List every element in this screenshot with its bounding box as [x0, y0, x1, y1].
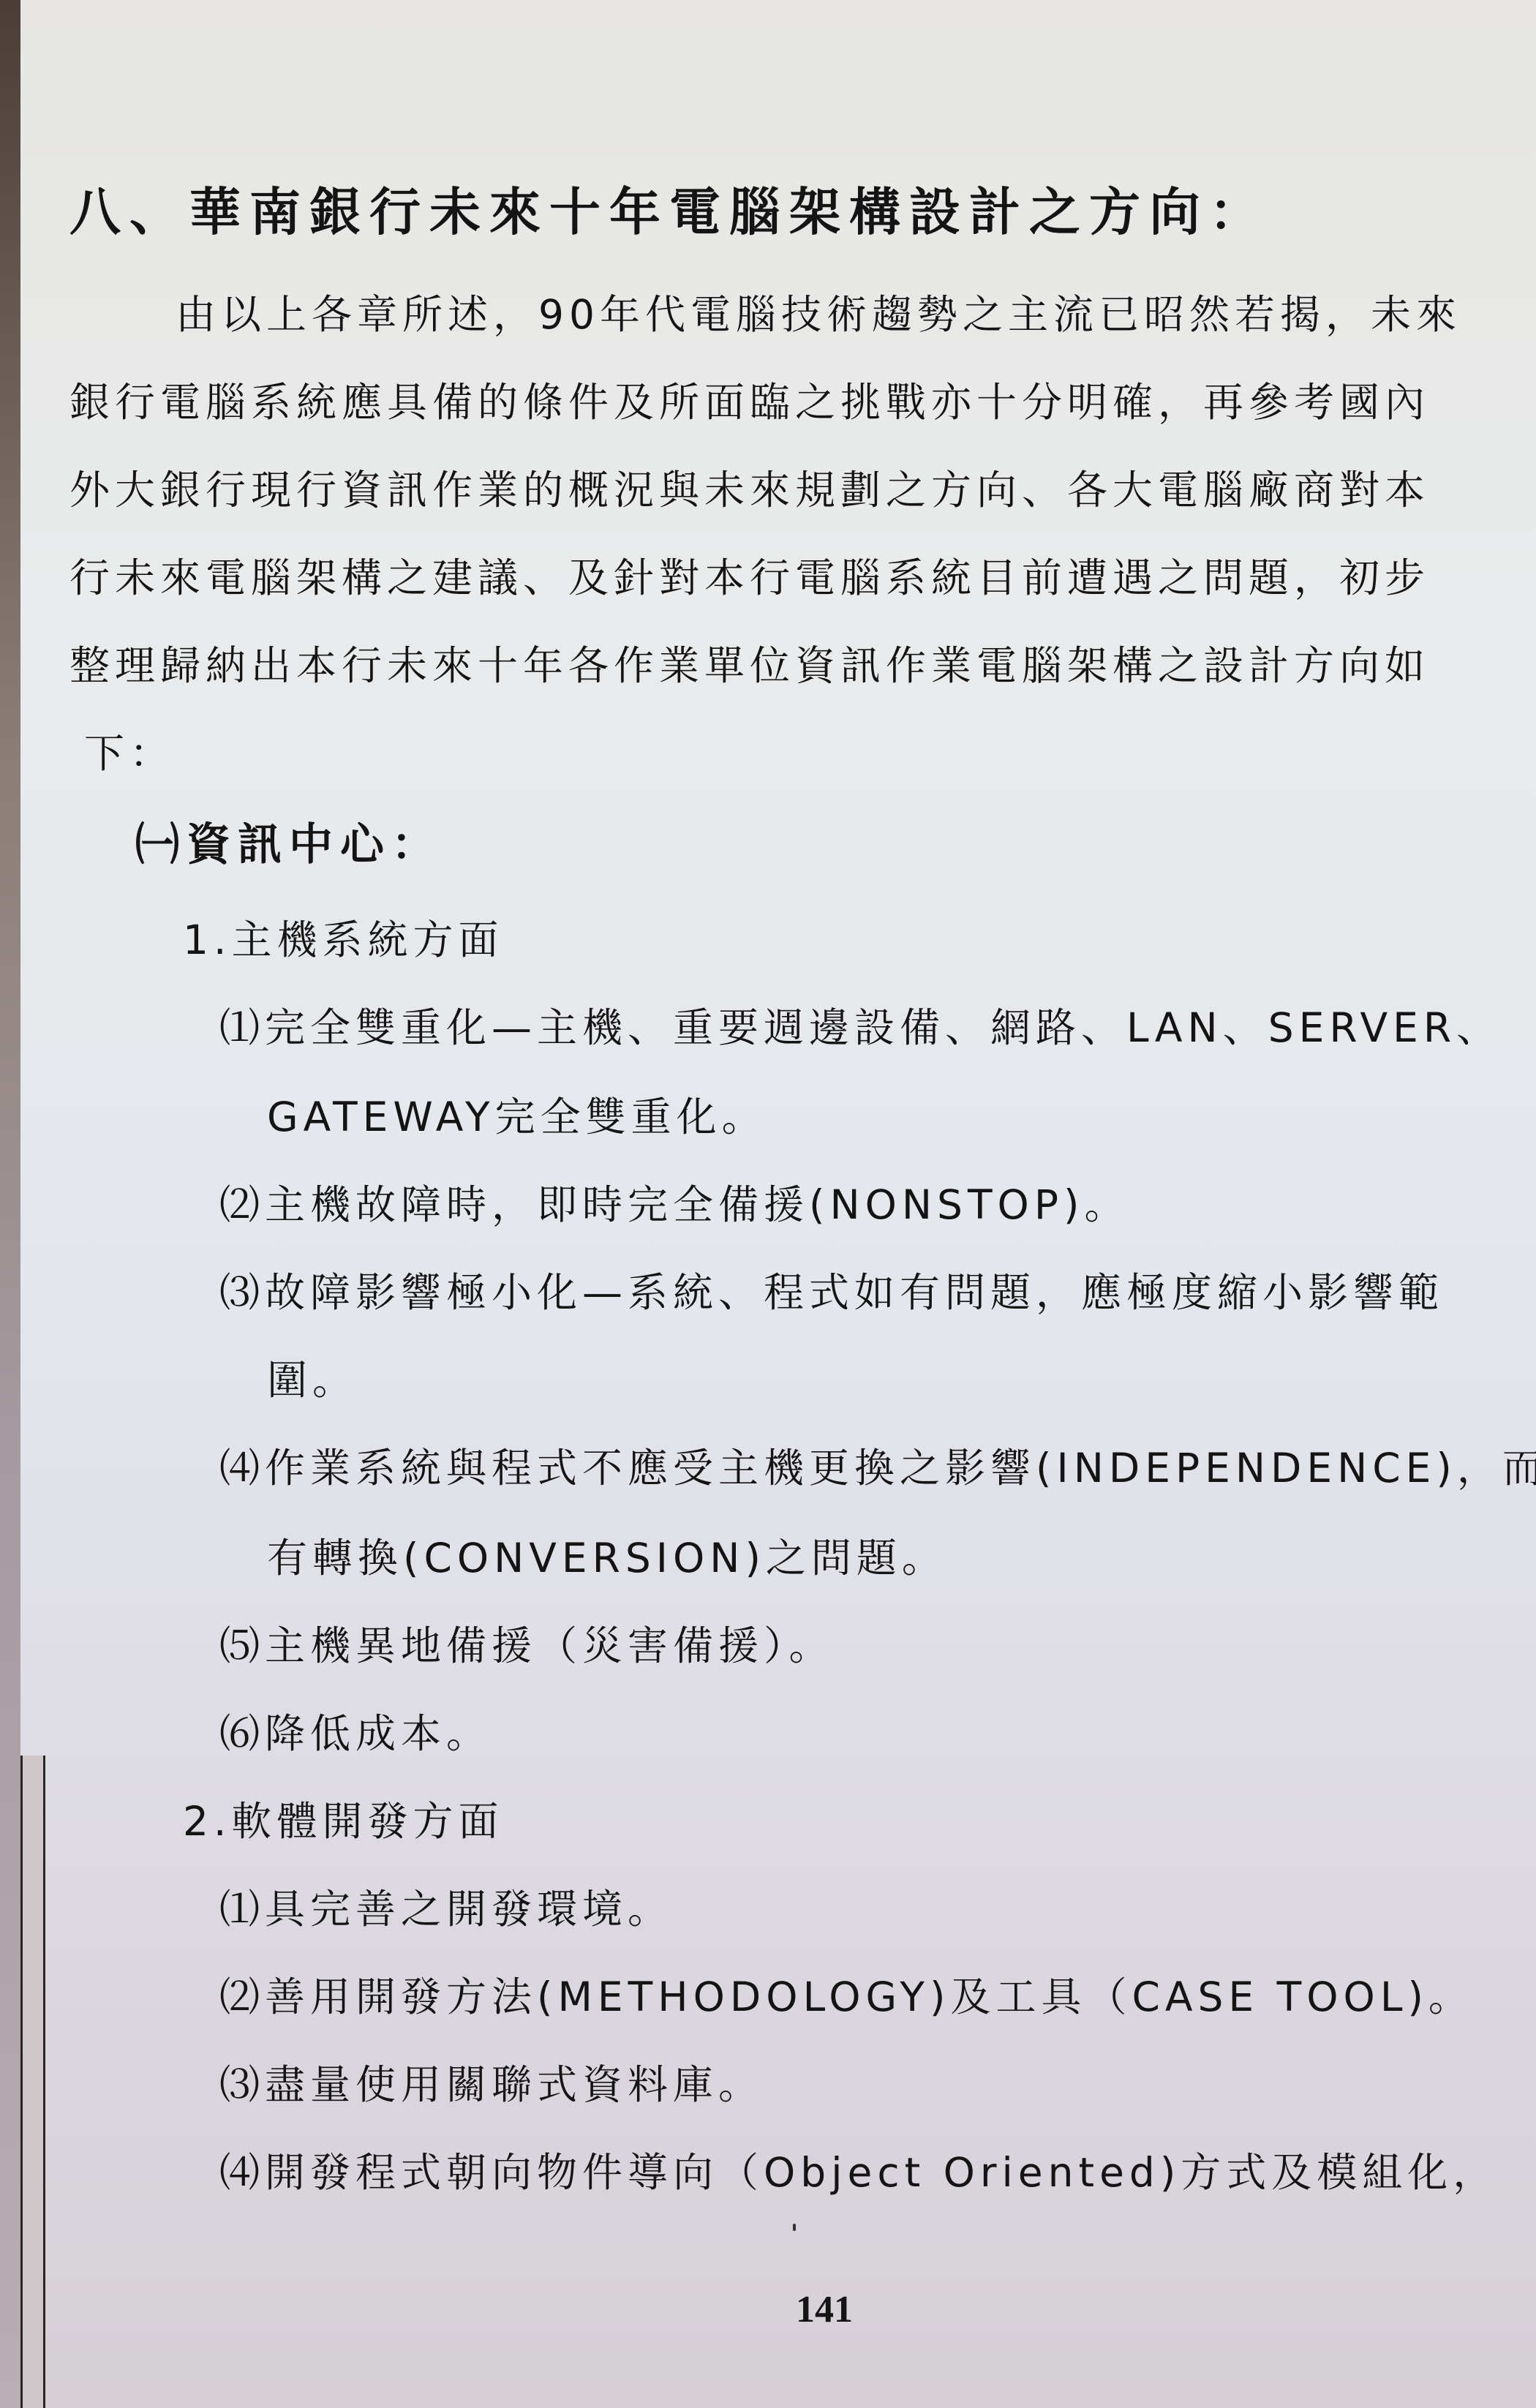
- list-item-label: ⑴: [219, 1886, 265, 1933]
- list-item-text: 作業系統與程式不應受主機更換之影響(INDEPENDENCE)，而: [265, 1445, 1536, 1491]
- list-item-label: ⑹: [219, 1710, 265, 1757]
- list-item-continuation: 有轉換(CONVERSION)之問題。: [267, 1532, 947, 1584]
- page-number: 141: [796, 2288, 853, 2331]
- intro-line: 由以上各章所述，90年代電腦技術趨勢之主流已昭然若揭，未來: [176, 289, 1461, 340]
- list-item: ⑶盡量使用關聯式資料庫。: [219, 2059, 764, 2110]
- list-item: ⑵善用開發方法(METHODOLOGY)及工具（CASE TOOL)。: [219, 1971, 1474, 2023]
- list-item: ⑴完全雙重化—主機、重要週邊設備、網路、LAN、SERVER、: [219, 1002, 1502, 1053]
- page-edge-stack: [20, 1756, 45, 2408]
- intro-line: 外大銀行現行資訊作業的概況與未來規劃之方向、各大電腦廠商對本: [69, 464, 1430, 516]
- list-item-continuation: 圍。: [267, 1355, 358, 1406]
- list-item: ⑷開發程式朝向物件導向（Object Oriented)方式及模組化，: [219, 2147, 1498, 2198]
- list-item-text: 主機故障時，即時完全備援(NONSTOP)。: [265, 1181, 1129, 1228]
- list-item-text: 降低成本。: [265, 1710, 492, 1757]
- list-item: ⑷作業系統與程式不應受主機更換之影響(INDEPENDENCE)，而: [219, 1442, 1536, 1494]
- list-item-label: ⑶: [219, 1269, 265, 1316]
- subsection-heading: 1.主機系統方面: [183, 914, 503, 966]
- list-item-text: 盡量使用關聯式資料庫。: [265, 2061, 764, 2108]
- background-surface: [0, 0, 20, 2408]
- list-item-label: ⑵: [219, 1181, 265, 1228]
- list-item-label: ⑷: [219, 2149, 265, 2196]
- list-item: ⑸主機異地備援（災害備援）。: [219, 1620, 835, 1671]
- intro-line: 銀行電腦系統應具備的條件及所面臨之挑戰亦十分明確，再參考國內: [69, 377, 1430, 428]
- ink-speck: [793, 2224, 796, 2231]
- list-item-label: ⑴: [219, 1004, 265, 1051]
- intro-line: 整理歸納出本行未來十年各作業單位資訊作業電腦架構之設計方向如: [69, 640, 1430, 691]
- list-item-label: ⑶: [219, 2061, 265, 2108]
- list-item-text: 具完善之開發環境。: [265, 1886, 673, 1933]
- list-item-label: ⑸: [219, 1622, 265, 1669]
- list-item-text: 故障影響極小化—系統、程式如有問題，應極度縮小影響範: [265, 1269, 1444, 1316]
- list-item-text: 完全雙重化—主機、重要週邊設備、網路、LAN、SERVER、: [265, 1004, 1502, 1051]
- list-item: ⑵主機故障時，即時完全備援(NONSTOP)。: [219, 1179, 1129, 1230]
- list-item-text: 開發程式朝向物件導向（Object Oriented)方式及模組化，: [265, 2149, 1498, 2196]
- section-heading: ㈠資訊中心：: [135, 819, 443, 870]
- intro-line: 行未來電腦架構之建議、及針對本行電腦系統目前遭遇之問題，初步: [69, 552, 1430, 603]
- list-item-text: 主機異地備援（災害備援）。: [265, 1622, 835, 1669]
- list-item-continuation: GATEWAY完全雙重化。: [267, 1091, 767, 1143]
- list-item: ⑶故障影響極小化—系統、程式如有問題，應極度縮小影響範: [219, 1267, 1444, 1318]
- list-item: ⑹降低成本。: [219, 1708, 492, 1759]
- page-title: 八、華南銀行未來十年電腦架構設計之方向：: [69, 187, 1269, 238]
- list-item-label: ⑷: [219, 1445, 265, 1491]
- list-item-label: ⑵: [219, 1974, 265, 2020]
- list-item: ⑴具完善之開發環境。: [219, 1884, 673, 1935]
- bleed-through-text: [102, 293, 135, 330]
- subsection-heading: 2.軟體開發方面: [183, 1796, 503, 1847]
- list-item-text: 善用開發方法(METHODOLOGY)及工具（CASE TOOL)。: [265, 1974, 1474, 2020]
- intro-line: 下：: [84, 728, 175, 779]
